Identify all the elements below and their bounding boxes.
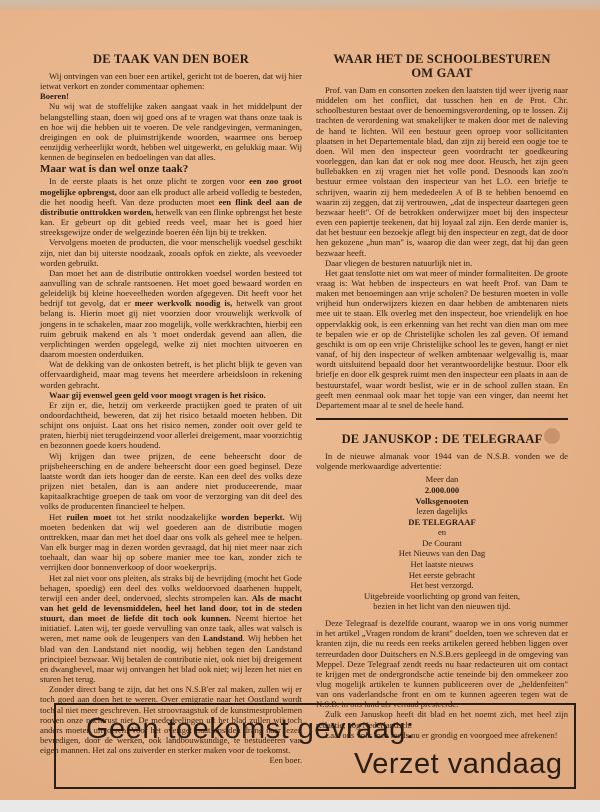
paragraph: Prof. van Dam en consorten zoeken den la… bbox=[316, 85, 568, 258]
paragraph: Wij krijgen dan twee prijzen, de eene be… bbox=[40, 451, 302, 512]
paragraph: Het gaat tenslotte niet om wat meer of m… bbox=[316, 268, 568, 410]
quoted-advertisement: Meer dan2.000.000Volksgenootenlezen dage… bbox=[316, 474, 568, 612]
ad-line: Meer dan bbox=[316, 474, 568, 485]
ad-line: Volksgenooten bbox=[316, 496, 568, 507]
paragraph: Dan moet het aan de distributie onttrokk… bbox=[40, 268, 302, 359]
paragraph: Het zal niet voor ons pleiten, als strak… bbox=[40, 573, 302, 685]
ad-line: De Courant bbox=[316, 538, 568, 549]
subheading: Maar wat is dan wel onze taak? bbox=[40, 163, 302, 175]
paragraph: In de eerste plaats is het onze plicht t… bbox=[40, 176, 302, 237]
torn-edge bbox=[0, 0, 600, 10]
ad-line: lezen dagelijks bbox=[316, 506, 568, 517]
paragraph: Vervolgens moeten de producten, die voor… bbox=[40, 237, 302, 267]
ad-line: bezien in het licht van den nieuwen tijd… bbox=[316, 601, 568, 612]
article-title-schoolbesturen: WAAR HET DE SCHOOLBESTURENOM GAAT bbox=[316, 52, 568, 80]
paragraph: Het ruilen moet tot het strikt noodzakel… bbox=[40, 512, 302, 573]
article-title-boer: DE TAAK VAN DEN BOER bbox=[40, 52, 302, 66]
paragraph: Daar vliegen de besturen natuurlijk niet… bbox=[316, 258, 568, 268]
article-title-januskop: DE JANUSKOP : DE TELEGRAAF bbox=[316, 432, 568, 446]
slogan-line-2: Verzet vandaag bbox=[354, 748, 563, 781]
section-divider bbox=[316, 418, 568, 420]
paragraph: Wat de dekking van de onkosten betreft, … bbox=[40, 359, 302, 389]
ad-line: Het best verzorgd. bbox=[316, 580, 568, 591]
ad-line: Het Nieuws van den Dag bbox=[316, 548, 568, 559]
ad-line: en bbox=[316, 527, 568, 538]
paragraph: Er zijn er, die, hetzij om verkeerde pra… bbox=[40, 400, 302, 451]
right-column: WAAR HET DE SCHOOLBESTURENOM GAAT Prof. … bbox=[316, 52, 568, 740]
intro-paragraph: Wij ontvingen van een boer een artikel, … bbox=[40, 71, 302, 91]
left-column: DE TAAK VAN DEN BOER Wij ontvingen van e… bbox=[40, 52, 302, 765]
newspaper-page: DE TAAK VAN DEN BOER Wij ontvingen van e… bbox=[0, 0, 600, 800]
salutation: Boeren! bbox=[40, 91, 302, 101]
ad-line: Uitgebreide voorlichting op grond van fe… bbox=[316, 591, 568, 602]
paragraph: Nu wij wat de stoffelijke zaken aangaat … bbox=[40, 101, 302, 162]
ad-line: 2.000.000 bbox=[316, 485, 568, 496]
bold-statement: Waar gij evenwel geen geld voor moogt vr… bbox=[40, 390, 302, 400]
paragraph: In de nieuwe almanak voor 1944 van de N.… bbox=[316, 451, 568, 471]
ad-line: Het eerste gebracht bbox=[316, 570, 568, 581]
ad-line: DE TELEGRAAF bbox=[316, 517, 568, 528]
paragraph: Deze Telegraaf is dezelfde courant, waar… bbox=[316, 618, 568, 709]
slogan-banner: Geen toekomst gevraag: Verzet vandaag bbox=[54, 703, 576, 789]
ad-line: Het laatste nieuws bbox=[316, 559, 568, 570]
slogan-line-1: Geen toekomst gevraag: bbox=[86, 713, 415, 746]
